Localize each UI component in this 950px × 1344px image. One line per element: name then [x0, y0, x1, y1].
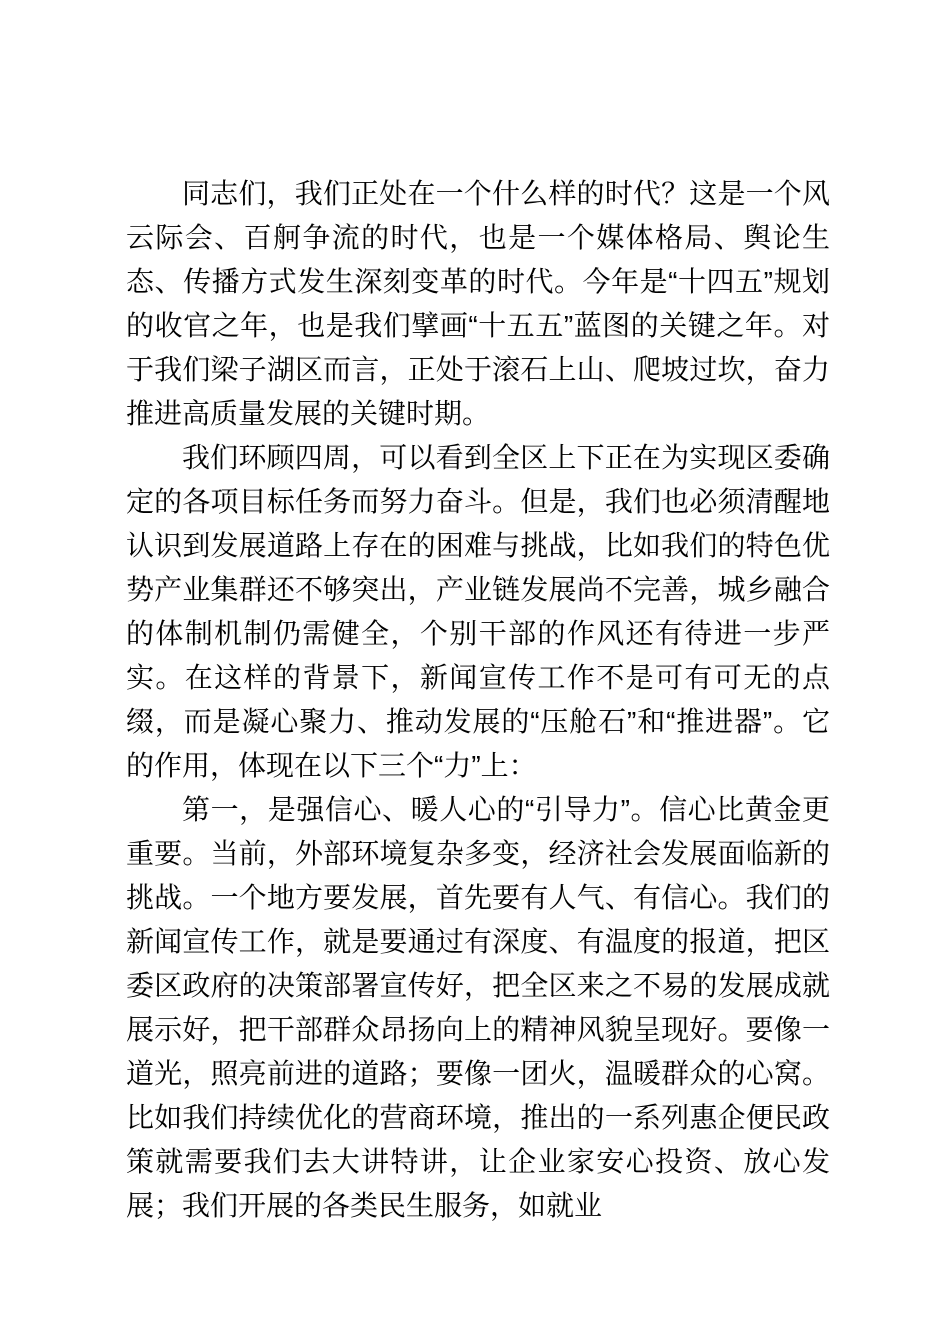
paragraph-situation-analysis: 我们环顾四周，可以看到全区上下正在为实现区委确定的各项目标任务而努力奋斗。但是，…: [126, 436, 830, 788]
paragraph-era-intro: 同志们，我们正处在一个什么样的时代？这是一个风云际会、百舸争流的时代，也是一个媒…: [126, 172, 830, 436]
document-text-block: 同志们，我们正处在一个什么样的时代？这是一个风云际会、百舸争流的时代，也是一个媒…: [126, 172, 830, 1228]
paragraph-first-point-guidance: 第一，是强信心、暖人心的“引导力”。信心比黄金更重要。当前，外部环境复杂多变，经…: [126, 788, 830, 1228]
document-page: 同志们，我们正处在一个什么样的时代？这是一个风云际会、百舸争流的时代，也是一个媒…: [0, 0, 950, 1344]
